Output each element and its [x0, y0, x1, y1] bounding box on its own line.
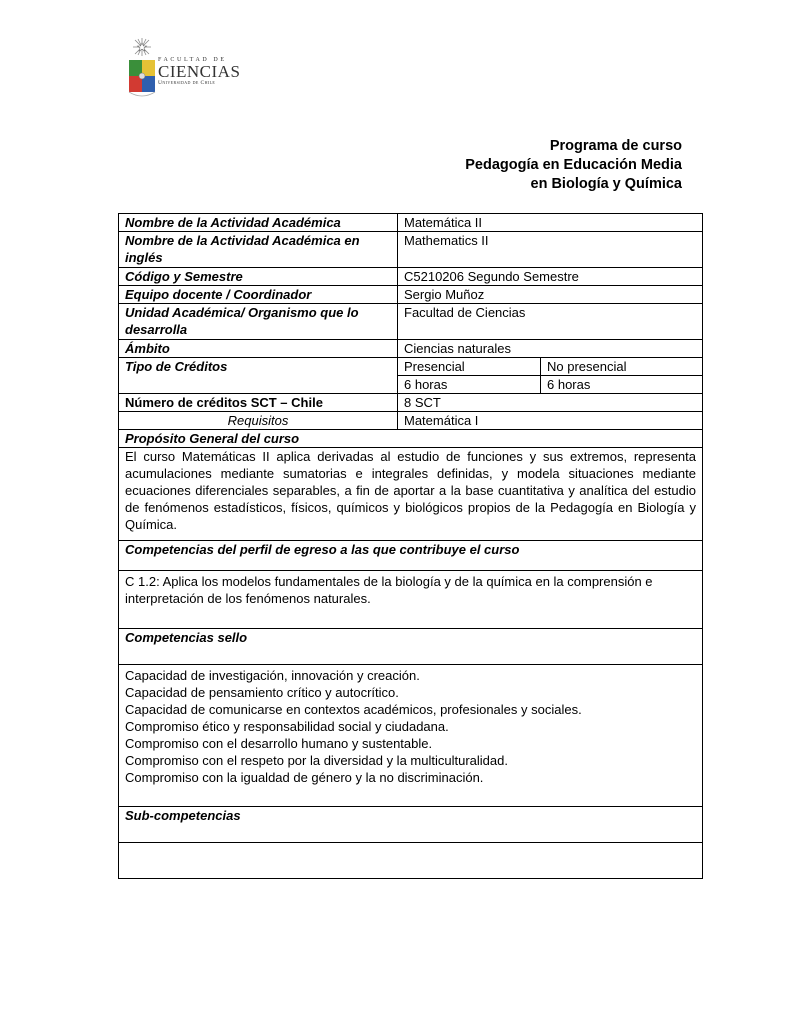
label-competencias: Competencias del perfil de egreso a las …: [119, 541, 703, 571]
label-ambito: Ámbito: [119, 340, 398, 358]
label-equipo: Equipo docente / Coordinador: [119, 286, 398, 304]
course-program-table: Nombre de la Actividad Académica Matemát…: [118, 213, 703, 879]
label-codigo: Código y Semestre: [119, 268, 398, 286]
list-item: Compromiso con el desarrollo humano y su…: [125, 735, 696, 752]
table-row-ambito: Ámbito Ciencias naturales: [119, 340, 703, 358]
table-row-sub-label: Sub-competencias: [119, 807, 703, 843]
label-nombre: Nombre de la Actividad Académica: [119, 214, 398, 232]
table-row-sello-list: Capacidad de investigación, innovación y…: [119, 665, 703, 807]
list-item: Compromiso ético y responsabilidad socia…: [125, 718, 696, 735]
table-row-equipo: Equipo docente / Coordinador Sergio Muño…: [119, 286, 703, 304]
table-row-competencias-label: Competencias del perfil de egreso a las …: [119, 541, 703, 571]
table-row-codigo: Código y Semestre C5210206 Segundo Semes…: [119, 268, 703, 286]
table-row-requisitos: Requisitos Matemática I: [119, 412, 703, 430]
table-row-unidad: Unidad Académica/ Organismo que lo desar…: [119, 304, 703, 340]
label-tipo: Tipo de Créditos: [119, 358, 398, 394]
table-row-nombre: Nombre de la Actividad Académica Matemát…: [119, 214, 703, 232]
faculty-logo: FACULTAD DE CIENCIAS Universidad de Chil…: [126, 36, 266, 106]
list-item: Capacidad de comunicarse en contextos ac…: [125, 701, 696, 718]
value-tipo-no-presencial: No presencial: [541, 358, 703, 376]
label-proposito: Propósito General del curso: [119, 430, 703, 448]
logo-line-ciencias: CIENCIAS: [158, 64, 240, 80]
value-nombre: Matemática II: [398, 214, 703, 232]
value-ambito: Ciencias naturales: [398, 340, 703, 358]
header-title: Programa de curso: [465, 137, 682, 156]
value-requisitos: Matemática I: [398, 412, 703, 430]
label-requisitos: Requisitos: [119, 412, 398, 430]
logo-line-university: Universidad de Chile: [158, 80, 240, 87]
table-row-nombre-en: Nombre de la Actividad Académica en ingl…: [119, 232, 703, 268]
value-nombre-en: Mathematics II: [398, 232, 703, 268]
table-row-sub-text: [119, 843, 703, 879]
label-creditos: Número de créditos SCT – Chile: [119, 394, 398, 412]
document-header: Programa de curso Pedagogía en Educación…: [465, 137, 682, 194]
label-sub: Sub-competencias: [119, 807, 703, 843]
list-item: Compromiso con la igualdad de género y l…: [125, 769, 696, 786]
value-horas-presencial: 6 horas: [398, 376, 541, 394]
sello-list: Capacidad de investigación, innovación y…: [119, 665, 703, 807]
list-item: Compromiso con el respeto por la diversi…: [125, 752, 696, 769]
value-tipo-presencial: Presencial: [398, 358, 541, 376]
value-competencias: C 1.2: Aplica los modelos fundamentales …: [119, 571, 703, 629]
value-equipo: Sergio Muñoz: [398, 286, 703, 304]
table-row-competencias-text: C 1.2: Aplica los modelos fundamentales …: [119, 571, 703, 629]
value-sub: [119, 843, 703, 879]
university-crest-icon: [126, 36, 158, 106]
header-specialty: en Biología y Química: [465, 175, 682, 194]
table-row-creditos: Número de créditos SCT – Chile 8 SCT: [119, 394, 703, 412]
label-unidad: Unidad Académica/ Organismo que lo desar…: [119, 304, 398, 340]
value-creditos: 8 SCT: [398, 394, 703, 412]
label-sello: Competencias sello: [119, 629, 703, 665]
list-item: Capacidad de pensamiento crítico y autoc…: [125, 684, 696, 701]
logo-text: FACULTAD DE CIENCIAS Universidad de Chil…: [158, 56, 240, 87]
list-item: Capacidad de investigación, innovación y…: [125, 667, 696, 684]
table-row-proposito-label: Propósito General del curso: [119, 430, 703, 448]
value-unidad: Facultad de Ciencias: [398, 304, 703, 340]
value-horas-no-presencial: 6 horas: [541, 376, 703, 394]
table-row-tipo: Tipo de Créditos Presencial No presencia…: [119, 358, 703, 376]
value-codigo: C5210206 Segundo Semestre: [398, 268, 703, 286]
label-nombre-en: Nombre de la Actividad Académica en ingl…: [119, 232, 398, 268]
table-row-sello-label: Competencias sello: [119, 629, 703, 665]
value-proposito: El curso Matemáticas II aplica derivadas…: [119, 448, 703, 541]
table-row-proposito-text: El curso Matemáticas II aplica derivadas…: [119, 448, 703, 541]
header-program: Pedagogía en Educación Media: [465, 156, 682, 175]
